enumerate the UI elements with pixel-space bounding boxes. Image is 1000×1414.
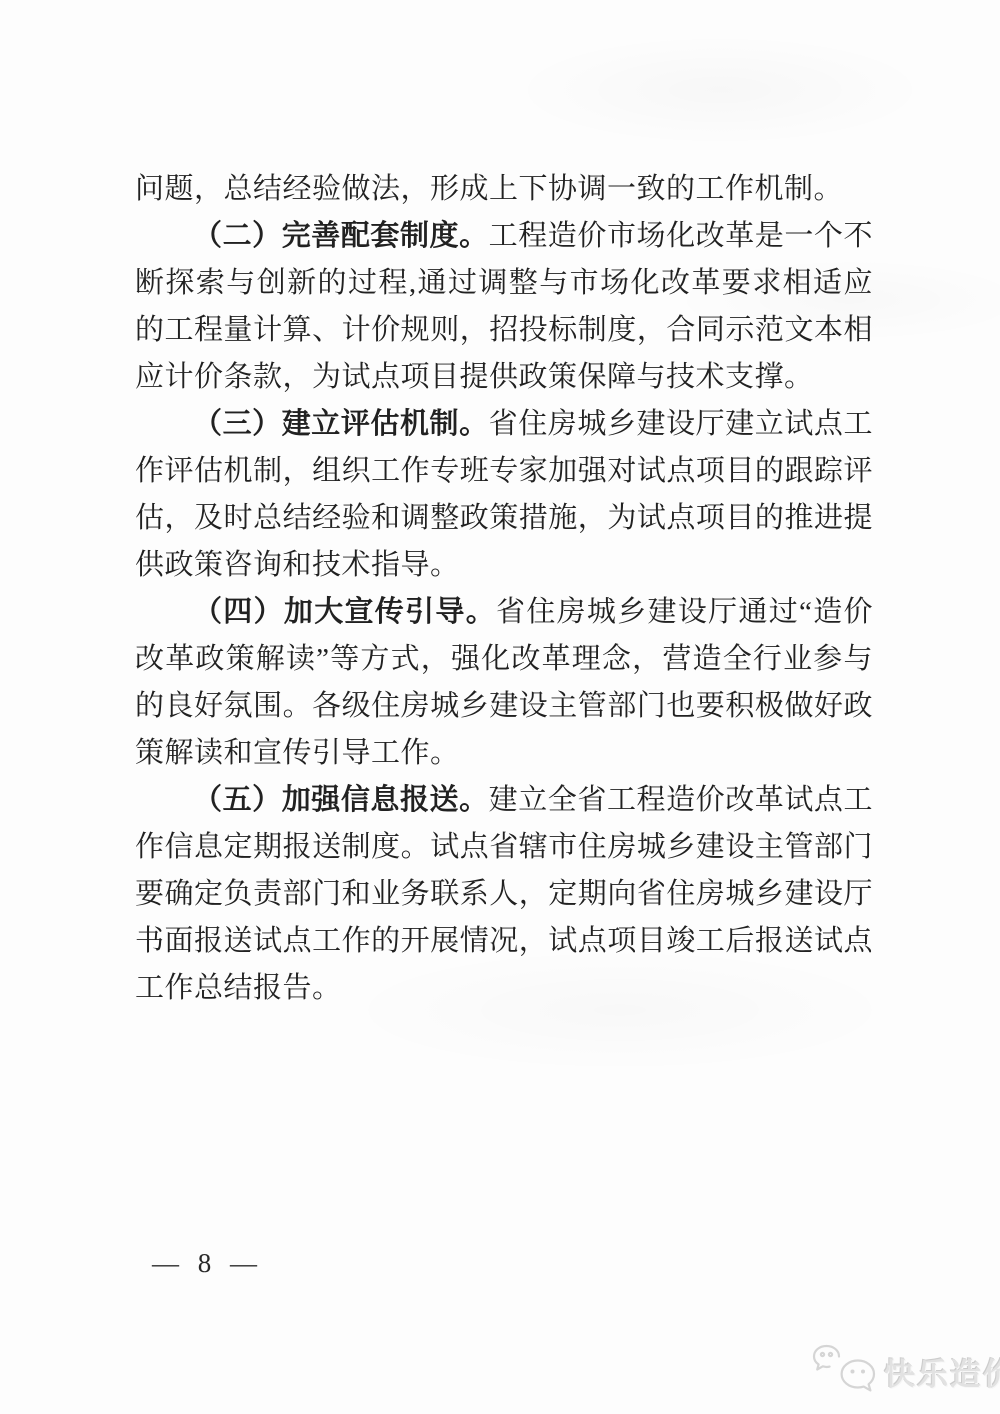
paragraph-heading: （二）完善配套制度。 (193, 220, 489, 252)
paragraph-heading: （三）建立评估机制。 (193, 408, 489, 440)
paragraph-heading: （五）加强信息报送。 (193, 784, 489, 816)
paragraph-body: 建立全省工程造价改革试点工作信息定期报送制度。试点省辖市住房城乡建设主管部门要确… (135, 784, 873, 1004)
watermark-label: 快乐造价 (884, 1349, 1000, 1394)
paragraph-heading: （四）加大宣传引导。 (193, 596, 496, 628)
wechat-icon (812, 1344, 876, 1398)
page-number: — 8 — (152, 1248, 263, 1279)
paragraph: （三）建立评估机制。省住房城乡建设厅建立试点工作评估机制，组织工作专班专家加强对… (135, 401, 873, 589)
paragraph: （四）加大宣传引导。省住房城乡建设厅通过“造价改革政策解读”等方式，强化改革理念… (135, 589, 873, 777)
paragraph: （二）完善配套制度。工程造价市场化改革是一个不断探索与创新的过程,通过调整与市场… (135, 213, 873, 401)
watermark: 快乐造价 (812, 1344, 1000, 1398)
paragraph: （五）加强信息报送。建立全省工程造价改革试点工作信息定期报送制度。试点省辖市住房… (135, 777, 873, 1012)
continuation-line: 问题，总结经验做法，形成上下协调一致的工作机制。 (135, 166, 873, 213)
document-body: 问题，总结经验做法，形成上下协调一致的工作机制。 （二）完善配套制度。工程造价市… (135, 166, 873, 1012)
document-page: 问题，总结经验做法，形成上下协调一致的工作机制。 （二）完善配套制度。工程造价市… (0, 0, 1000, 1414)
